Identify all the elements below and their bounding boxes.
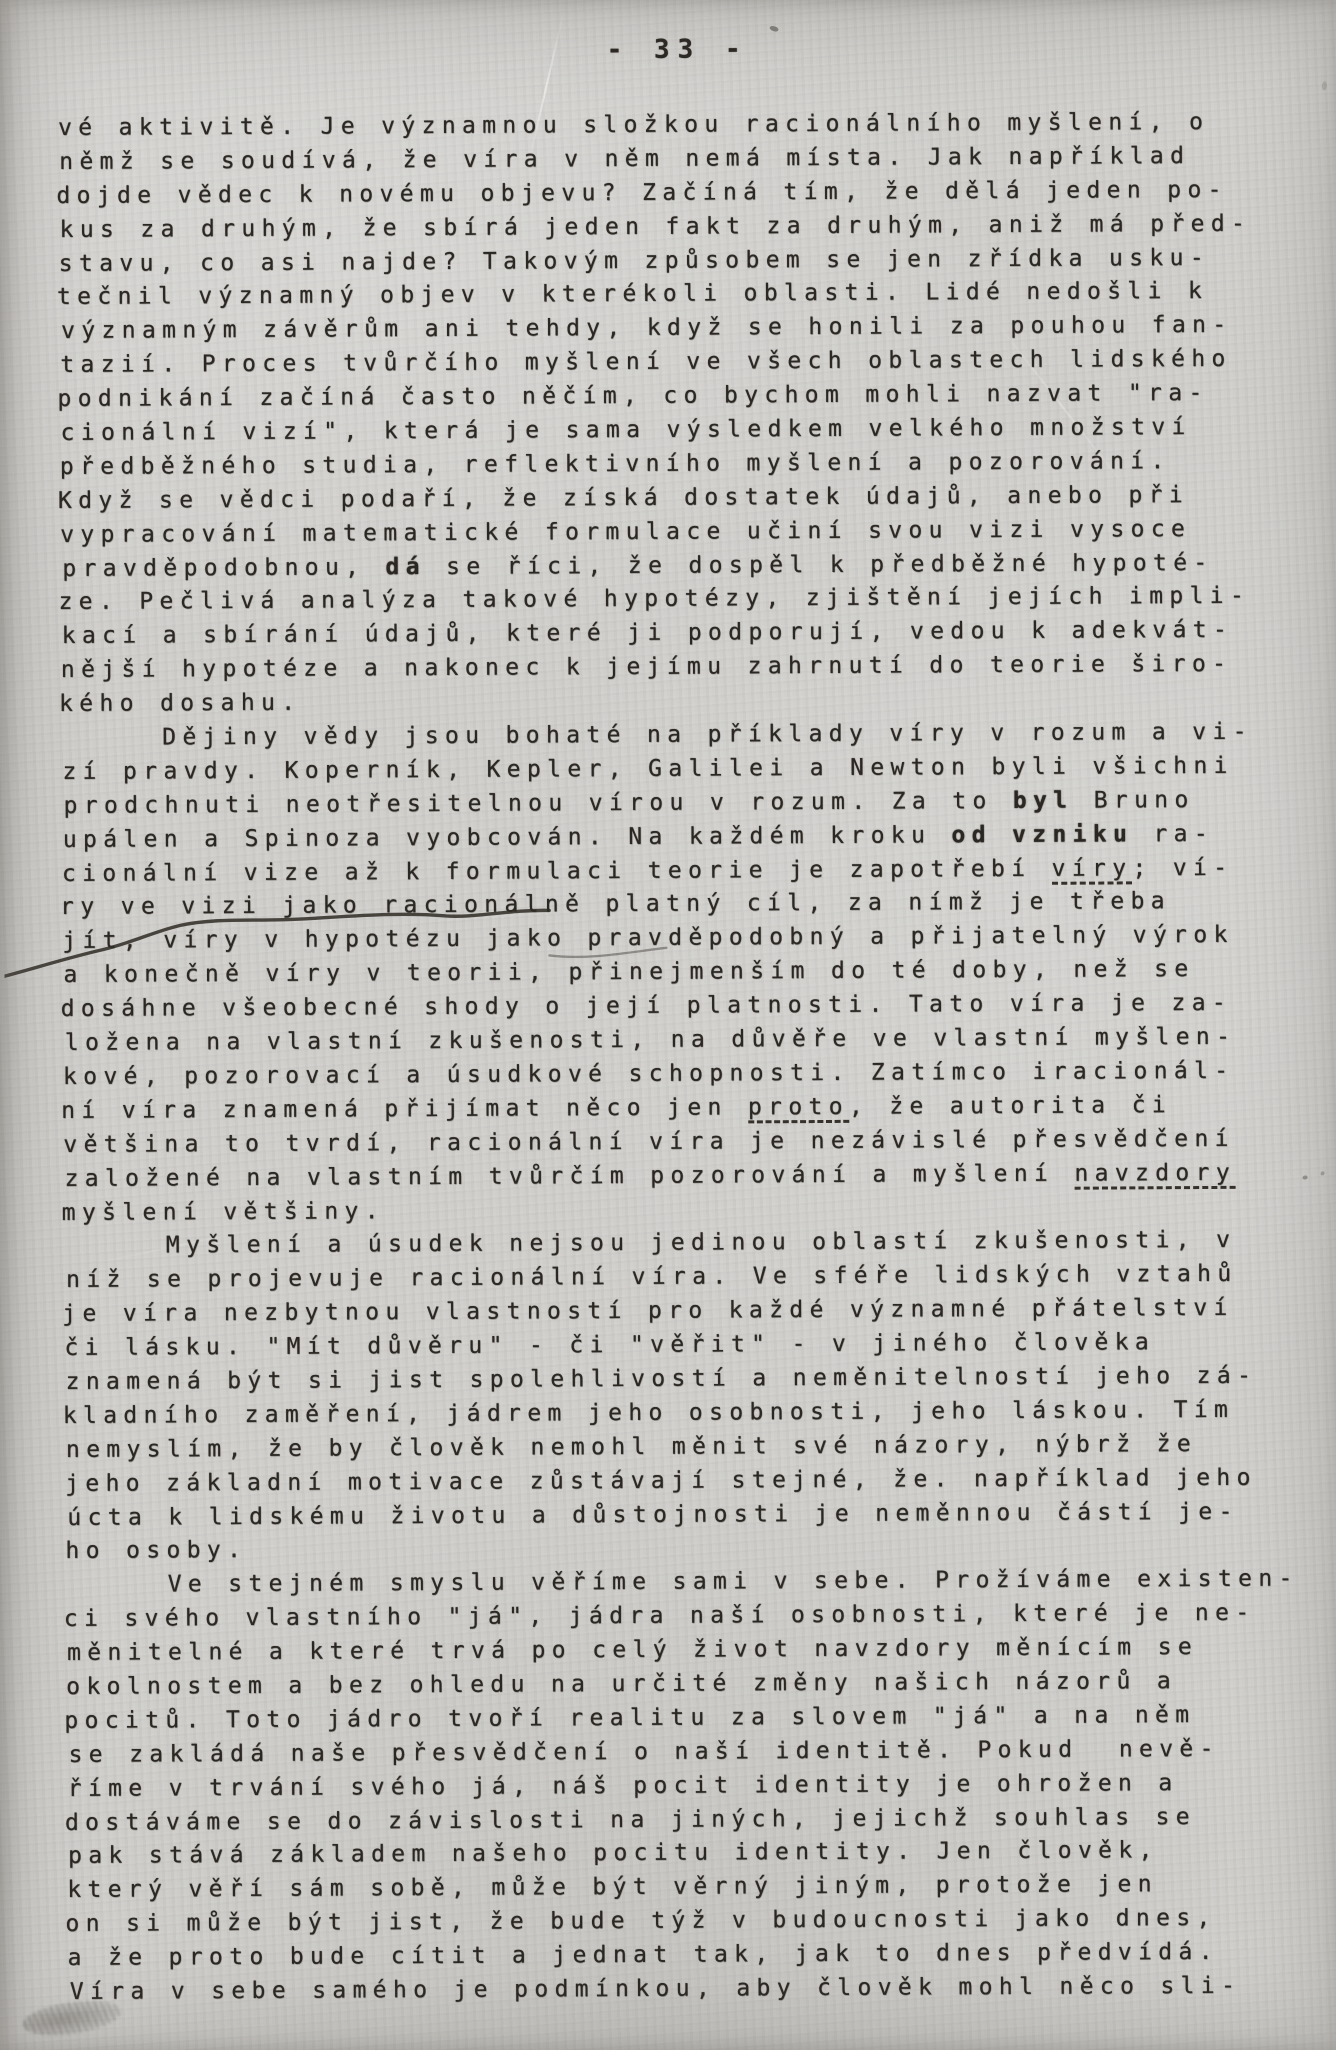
text-line: upálen a Spinoza vyobcován. Na každém kr… — [63, 817, 1295, 857]
ink-speck — [769, 25, 779, 33]
text-line: kací a sbírání údajů, které ji podporují… — [62, 614, 1294, 654]
ink-speck — [1303, 1175, 1308, 1179]
text-line: ložena na vlastní zkušenosti, na důvěře … — [65, 1021, 1297, 1061]
body-text: vé aktivitě. Je významnou složkou racion… — [58, 106, 1300, 2010]
underlined-word: navzdory — [1074, 1159, 1236, 1189]
ink-speck — [1321, 1171, 1325, 1175]
bold-word: byl — [1013, 788, 1074, 814]
text-line: kus za druhým, že sbírá jeden fakt za dr… — [60, 207, 1292, 247]
text-line: kého dosahu. — [59, 682, 1291, 722]
text-line: pak stává základem našeho pocitu identit… — [68, 1834, 1300, 1874]
text-line: měnitelné a které trvá po celý život nav… — [67, 1631, 1299, 1671]
ink-speck — [1322, 81, 1327, 90]
text-line: on si může být jist, že bude týž v budou… — [65, 1902, 1297, 1942]
scanned-document-page: - 33 - vé aktivitě. Je významnou složkou… — [0, 0, 1336, 2050]
underlined-word: proto — [748, 1094, 849, 1124]
text-line: úcta k lidskému životu a důstojnosti je … — [67, 1495, 1299, 1535]
text-line: nemyslím, že by člověk nemohl měnit své … — [66, 1427, 1298, 1467]
text-line: ry ve vizi jako racionálně platný cíl, z… — [60, 885, 1292, 925]
bold-word: dá — [385, 554, 426, 580]
page-content: - 33 - vé aktivitě. Je významnou složkou… — [0, 0, 1336, 2050]
bold-word: od vzniku — [951, 821, 1133, 848]
underlined-word: víry — [1052, 855, 1133, 884]
text-line: cionální vizí", která je sama výsledkem … — [61, 411, 1293, 451]
text-line: Víra v sebe samého je podmínkou, aby člo… — [70, 1969, 1302, 2009]
text-line: Když se vědci podaří, že získá dostatek … — [58, 478, 1290, 518]
ink-smudge — [20, 1995, 124, 2041]
text-line: je víra nezbytnou vlastností pro každé v… — [62, 1292, 1294, 1332]
text-line: ní víra znamená přijímat něco jen proto,… — [61, 1088, 1293, 1128]
page-number: - 33 - — [58, 32, 1298, 68]
